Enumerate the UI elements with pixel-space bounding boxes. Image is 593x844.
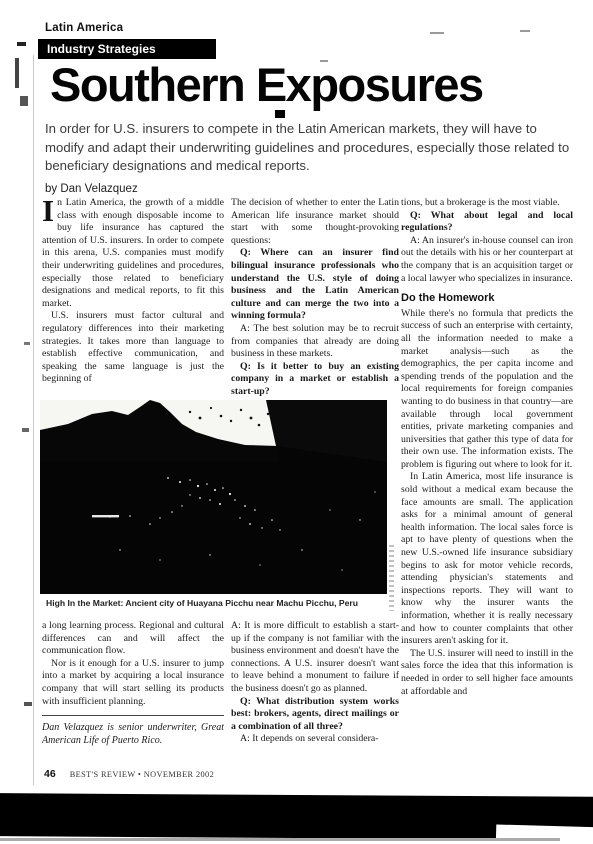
answer-paragraph: A: It is more difficult to establish a s… <box>231 620 399 696</box>
paragraph: U.S. insurers must factor cultural and r… <box>42 310 224 386</box>
column-2-bottom: A: It is more difficult to establish a s… <box>231 620 399 778</box>
mountain-photo-graphic <box>40 400 387 594</box>
paragraph: tions, but a brokerage is the most viabl… <box>401 197 573 210</box>
scan-mark <box>24 702 32 706</box>
paragraph: In Latin America, the growth of a middle… <box>42 197 224 310</box>
page-footer: 46 BEST'S REVIEW • NOVEMBER 2002 <box>44 768 214 780</box>
scan-shadow-gray <box>0 838 560 841</box>
column-1-bottom: a long learning process. Regional and cu… <box>42 620 224 770</box>
paragraph: In Latin America, most life insurance is… <box>401 471 573 647</box>
article-byline: by Dan Velazquez <box>45 183 138 195</box>
scan-mark <box>15 58 19 88</box>
section-bar: Industry Strategies <box>38 39 216 59</box>
photo-caption: High In the Market: Ancient city of Huay… <box>46 598 386 608</box>
paragraph: While there's no formula that predicts t… <box>401 308 573 472</box>
bio-divider <box>42 715 224 716</box>
scan-shadow-notch <box>496 824 593 844</box>
scan-mark <box>22 428 29 432</box>
paragraph: Nor is it enough for a U.S. insurer to j… <box>42 658 224 708</box>
paragraph: The decision of whether to enter the Lat… <box>231 197 399 247</box>
magazine-page: Latin America Industry Strategies Southe… <box>0 0 593 844</box>
question-paragraph: Q: Where can an insurer find bilingual i… <box>231 247 399 323</box>
dropcap: I <box>42 197 57 223</box>
column-3: tions, but a brokerage is the most viabl… <box>401 197 573 778</box>
page-number: 46 <box>44 768 56 780</box>
section-bar-label: Industry Strategies <box>47 42 156 56</box>
answer-paragraph: A: The best solution may be to recruit f… <box>231 323 399 361</box>
kicker-latin-america: Latin America <box>45 22 123 34</box>
answer-paragraph: A: An insurer's in-house counsel can iro… <box>401 235 573 285</box>
paragraph-text: n Latin America, the growth of a middle … <box>42 197 224 309</box>
paragraph: The U.S. insurer will need to instill in… <box>401 648 573 698</box>
magazine-name-date: BEST'S REVIEW • NOVEMBER 2002 <box>70 770 214 779</box>
answer-paragraph: A: It depends on several considera- <box>231 733 399 746</box>
scan-speck <box>430 32 444 34</box>
column-2-top: The decision of whether to enter the Lat… <box>231 197 399 400</box>
author-bio: Dan Velazquez is senior underwriter, Gre… <box>42 721 224 747</box>
scan-edge-line <box>33 55 34 785</box>
column-1-top: In Latin America, the growth of a middle… <box>42 197 224 400</box>
machu-picchu-photo <box>40 400 387 594</box>
photo-credit-vertical <box>389 545 394 611</box>
subhead-do-the-homework: Do the Homework <box>401 292 573 305</box>
scan-speck <box>520 30 530 32</box>
article-deck: In order for U.S. insurers to compete in… <box>45 120 570 176</box>
paragraph: a long learning process. Regional and cu… <box>42 620 224 658</box>
question-paragraph: Q: What about legal and local regulation… <box>401 210 573 235</box>
scan-mark <box>20 96 28 106</box>
scan-mark <box>17 42 26 46</box>
article-headline: Southern Exposures <box>50 57 580 112</box>
scan-mark <box>24 342 30 345</box>
question-paragraph: Q: What distribution system works best: … <box>231 696 399 734</box>
question-paragraph: Q: Is it better to buy an existing compa… <box>231 361 399 399</box>
